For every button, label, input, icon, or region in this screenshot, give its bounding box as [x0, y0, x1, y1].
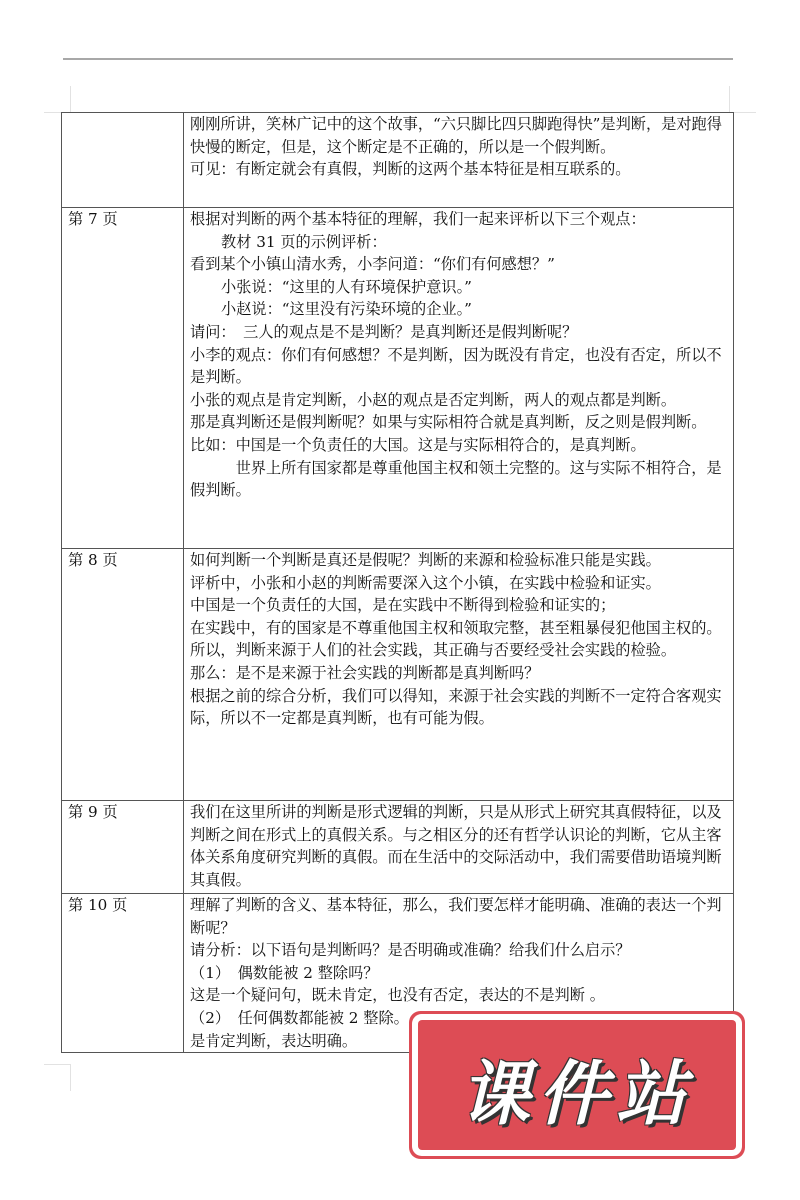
paragraph: 那么：是不是来源于社会实践的判断都是真判断吗？	[190, 662, 727, 685]
paragraph: 刚刚所讲，笑林广记中的这个故事，“六只脚比四只脚跑得快”是判断，是对跑得快慢的断…	[190, 113, 727, 158]
page-label: 第 10 页	[62, 894, 184, 1053]
table-body: 刚刚所讲，笑林广记中的这个故事，“六只脚比四只脚跑得快”是判断，是对跑得快慢的断…	[62, 113, 734, 1053]
page-label: 第 9 页	[62, 801, 184, 894]
paragraph: 小赵说：“这里没有污染环境的企业。”	[190, 298, 727, 321]
paragraph: 在实践中，有的国家是不尊重他国主权和领取完整，甚至粗暴侵犯他国主权的。	[190, 617, 727, 640]
paragraph: 根据对判断的两个基本特征的理解，我们一起来评析以下三个观点：	[190, 208, 727, 231]
table-row: 第 9 页 我们在这里所讲的判断是形式逻辑的判断，只是从形式上研究其真假特征，以…	[62, 801, 734, 894]
paragraph: 小张的观点是肯定判断，小赵的观点是否定判断，两人的观点都是判断。	[190, 389, 727, 412]
paragraph: 请问： 三人的观点是不是判断？是真判断还是假判断呢？	[190, 321, 727, 344]
content-cell: 刚刚所讲，笑林广记中的这个故事，“六只脚比四只脚跑得快”是判断，是对跑得快慢的断…	[184, 113, 734, 208]
paragraph: （1） 偶数能被 2 整除吗？	[190, 962, 727, 985]
paragraph: 小李的观点：你们有何感想？不是判断，因为既没有肯定，也没有否定，所以不是判断。	[190, 344, 727, 389]
content-cell: 我们在这里所讲的判断是形式逻辑的判断，只是从形式上研究其真假特征，以及判断之间在…	[184, 801, 734, 894]
paragraph: 可见：有断定就会有真假，判断的这两个基本特征是相互联系的。	[190, 158, 727, 181]
watermark-text: 课件站	[418, 1038, 736, 1139]
paragraph: 中国是一个负责任的大国，是在实践中不断得到检验和证实的；	[190, 594, 727, 617]
paragraph: 小张说：“这里的人有环境保护意识。”	[190, 276, 727, 299]
paragraph: 那是真判断还是假判断呢？如果与实际相符合就是真判断，反之则是假判断。	[190, 411, 727, 434]
page-label: 第 8 页	[62, 549, 184, 801]
paragraph: 如何判断一个判断是真还是假呢？判断的来源和检验标准只能是实践。	[190, 549, 727, 572]
paragraph: 评析中，小张和小赵的判断需要深入这个小镇，在实践中检验和证实。	[190, 572, 727, 595]
paragraph: 比如：中国是一个负责任的大国。这是与实际相符合的，是真判断。	[190, 434, 727, 457]
paragraph: 根据之前的综合分析，我们可以得知，来源于社会实践的判断不一定符合客观实际，所以不…	[190, 685, 727, 730]
content-cell: 根据对判断的两个基本特征的理解，我们一起来评析以下三个观点： 教材 31 页的示…	[184, 208, 734, 549]
margin-corner-mark	[729, 86, 756, 113]
paragraph: 这是一个疑问句，既未肯定，也没有否定，表达的不是判断 。	[190, 984, 727, 1007]
paragraph: 我们在这里所讲的判断是形式逻辑的判断，只是从形式上研究其真假特征，以及判断之间在…	[190, 801, 727, 891]
paragraph: 世界上所有国家都是尊重他国主权和领土完整的。这与实际不相符合，是假判断。	[190, 457, 727, 502]
paragraph: 教材 31 页的示例评析：	[190, 231, 727, 254]
page-label	[62, 113, 184, 208]
lesson-plan-table: 刚刚所讲，笑林广记中的这个故事，“六只脚比四只脚跑得快”是判断，是对跑得快慢的断…	[61, 112, 734, 1053]
margin-corner-mark	[44, 86, 71, 113]
page-label: 第 7 页	[62, 208, 184, 549]
paragraph: 理解了判断的含义、基本特征，那么，我们要怎样才能明确、准确的表达一个判断呢？	[190, 894, 727, 939]
table-row: 第 8 页 如何判断一个判断是真还是假呢？判断的来源和检验标准只能是实践。 评析…	[62, 549, 734, 801]
watermark-stamp: 课件站	[418, 1020, 736, 1150]
table-row: 刚刚所讲，笑林广记中的这个故事，“六只脚比四只脚跑得快”是判断，是对跑得快慢的断…	[62, 113, 734, 208]
paragraph: 所以，判断来源于人们的社会实践，其正确与否要经受社会实践的检验。	[190, 639, 727, 662]
paragraph: 请分析：以下语句是判断吗？是否明确或准确？给我们什么启示？	[190, 939, 727, 962]
paragraph: 看到某个小镇山清水秀，小李问道：“你们有何感想？”	[190, 253, 727, 276]
table-row: 第 7 页 根据对判断的两个基本特征的理解，我们一起来评析以下三个观点： 教材 …	[62, 208, 734, 549]
header-rule	[63, 58, 733, 60]
content-cell: 如何判断一个判断是真还是假呢？判断的来源和检验标准只能是实践。 评析中，小张和小…	[184, 549, 734, 801]
margin-corner-mark	[44, 1064, 71, 1091]
